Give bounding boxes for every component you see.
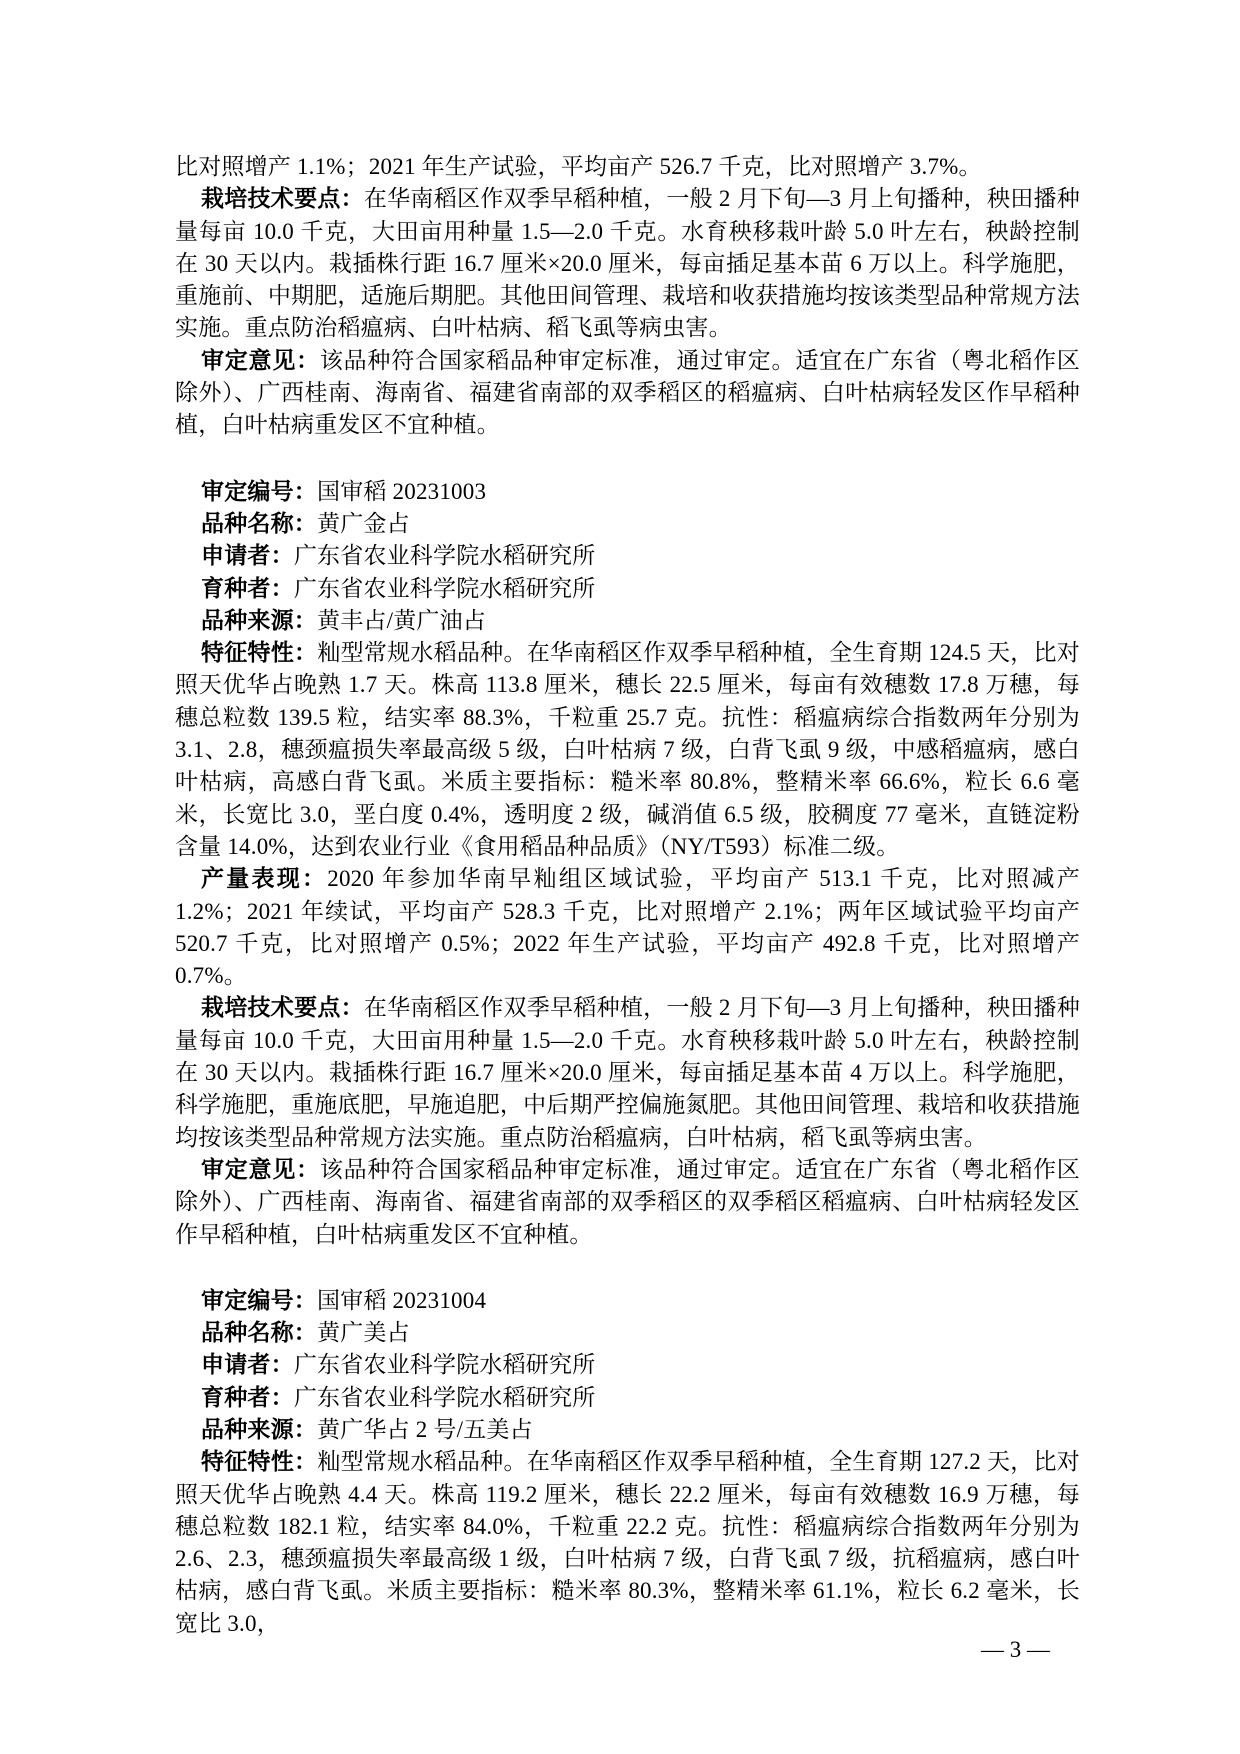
- paragraph-text: 广东省农业科学院水稻研究所: [294, 1352, 596, 1377]
- paragraph-text: 比对照增产 1.1%；2021 年生产试验，平均亩产 526.7 千克，比对照增…: [175, 154, 982, 179]
- paragraph-text: 黄丰占/黄广油占: [317, 608, 486, 633]
- paragraph-label: 品种来源：: [201, 608, 317, 633]
- paragraph: 特征特性：籼型常规水稻品种。在华南稻区作双季早稻种植，全生育期 127.2 天，…: [175, 1446, 1080, 1640]
- paragraph: 申请者：广东省农业科学院水稻研究所: [175, 1349, 1080, 1381]
- paragraph-label: 育种者：: [201, 1385, 294, 1410]
- document-page: 比对照增产 1.1%；2021 年生产试验，平均亩产 526.7 千克，比对照增…: [0, 0, 1240, 1754]
- paragraph: 品种来源：黄广华占 2 号/五美占: [175, 1414, 1080, 1446]
- paragraph-text: 国审稻 20231003: [317, 479, 486, 504]
- paragraph-label: 申请者：: [201, 1352, 294, 1377]
- paragraph-label: 审定意见：: [201, 1157, 320, 1182]
- paragraph: 审定意见：该品种符合国家稻品种审定标准，通过审定。适宜在广东省（粤北稻作区除外）…: [175, 1154, 1080, 1251]
- paragraph-label: 育种者：: [201, 576, 294, 601]
- paragraph: 审定意见：该品种符合国家稻品种审定标准，通过审定。适宜在广东省（粤北稻作区除外）…: [175, 345, 1080, 442]
- paragraph: 产量表现：2020 年参加华南早籼组区域试验，平均亩产 513.1 千克，比对照…: [175, 863, 1080, 992]
- paragraph-text: 广东省农业科学院水稻研究所: [294, 543, 596, 568]
- document-body: 比对照增产 1.1%；2021 年生产试验，平均亩产 526.7 千克，比对照增…: [175, 151, 1080, 1640]
- paragraph: 品种名称：黄广金占: [175, 508, 1080, 540]
- paragraph-text: 黄广美占: [317, 1320, 410, 1345]
- paragraph-text: 广东省农业科学院水稻研究所: [294, 1385, 596, 1410]
- paragraph-text: 黄广华占 2 号/五美占: [317, 1417, 533, 1442]
- paragraph-text: 黄广金占: [317, 511, 410, 536]
- paragraph-label: 品种来源：: [201, 1417, 317, 1442]
- paragraph-text: 广东省农业科学院水稻研究所: [294, 576, 596, 601]
- paragraph-label: 品种名称：: [201, 1320, 317, 1345]
- paragraph: 品种名称：黄广美占: [175, 1317, 1080, 1349]
- paragraph: 审定编号：国审稻 20231004: [175, 1285, 1080, 1317]
- paragraph: 审定编号：国审稻 20231003: [175, 476, 1080, 508]
- paragraph-label: 审定编号：: [201, 479, 317, 504]
- paragraph-label: 特征特性：: [201, 640, 317, 665]
- paragraph: 品种来源：黄丰占/黄广油占: [175, 605, 1080, 637]
- paragraph-label: 品种名称：: [201, 511, 317, 536]
- paragraph-label: 特征特性：: [201, 1449, 317, 1474]
- section-gap: [175, 442, 1080, 476]
- paragraph: 特征特性：籼型常规水稻品种。在华南稻区作双季早稻种植，全生育期 124.5 天，…: [175, 637, 1080, 863]
- paragraph: 栽培技术要点：在华南稻区作双季早稻种植，一般 2 月下旬—3 月上旬播种，秧田播…: [175, 183, 1080, 344]
- paragraph-label: 申请者：: [201, 543, 294, 568]
- paragraph-text: 籼型常规水稻品种。在华南稻区作双季早稻种植，全生育期 124.5 天，比对照天优…: [175, 640, 1080, 859]
- paragraph: 育种者：广东省农业科学院水稻研究所: [175, 1382, 1080, 1414]
- paragraph: 栽培技术要点：在华南稻区作双季早稻种植，一般 2 月下旬—3 月上旬播种，秧田播…: [175, 992, 1080, 1153]
- section-gap: [175, 1251, 1080, 1285]
- paragraph-label: 产量表现：: [201, 866, 327, 891]
- paragraph-text: 国审稻 20231004: [317, 1288, 486, 1313]
- paragraph-label: 审定编号：: [201, 1288, 317, 1313]
- paragraph: 申请者：广东省农业科学院水稻研究所: [175, 540, 1080, 572]
- paragraph-text: 籼型常规水稻品种。在华南稻区作双季早稻种植，全生育期 127.2 天，比对照天优…: [175, 1449, 1080, 1635]
- paragraph-label: 栽培技术要点：: [201, 186, 364, 211]
- paragraph-label: 审定意见：: [201, 348, 320, 373]
- paragraph: 比对照增产 1.1%；2021 年生产试验，平均亩产 526.7 千克，比对照增…: [175, 151, 1080, 183]
- page-number: — 3 —: [981, 1636, 1050, 1664]
- paragraph-label: 栽培技术要点：: [201, 995, 364, 1020]
- paragraph: 育种者：广东省农业科学院水稻研究所: [175, 573, 1080, 605]
